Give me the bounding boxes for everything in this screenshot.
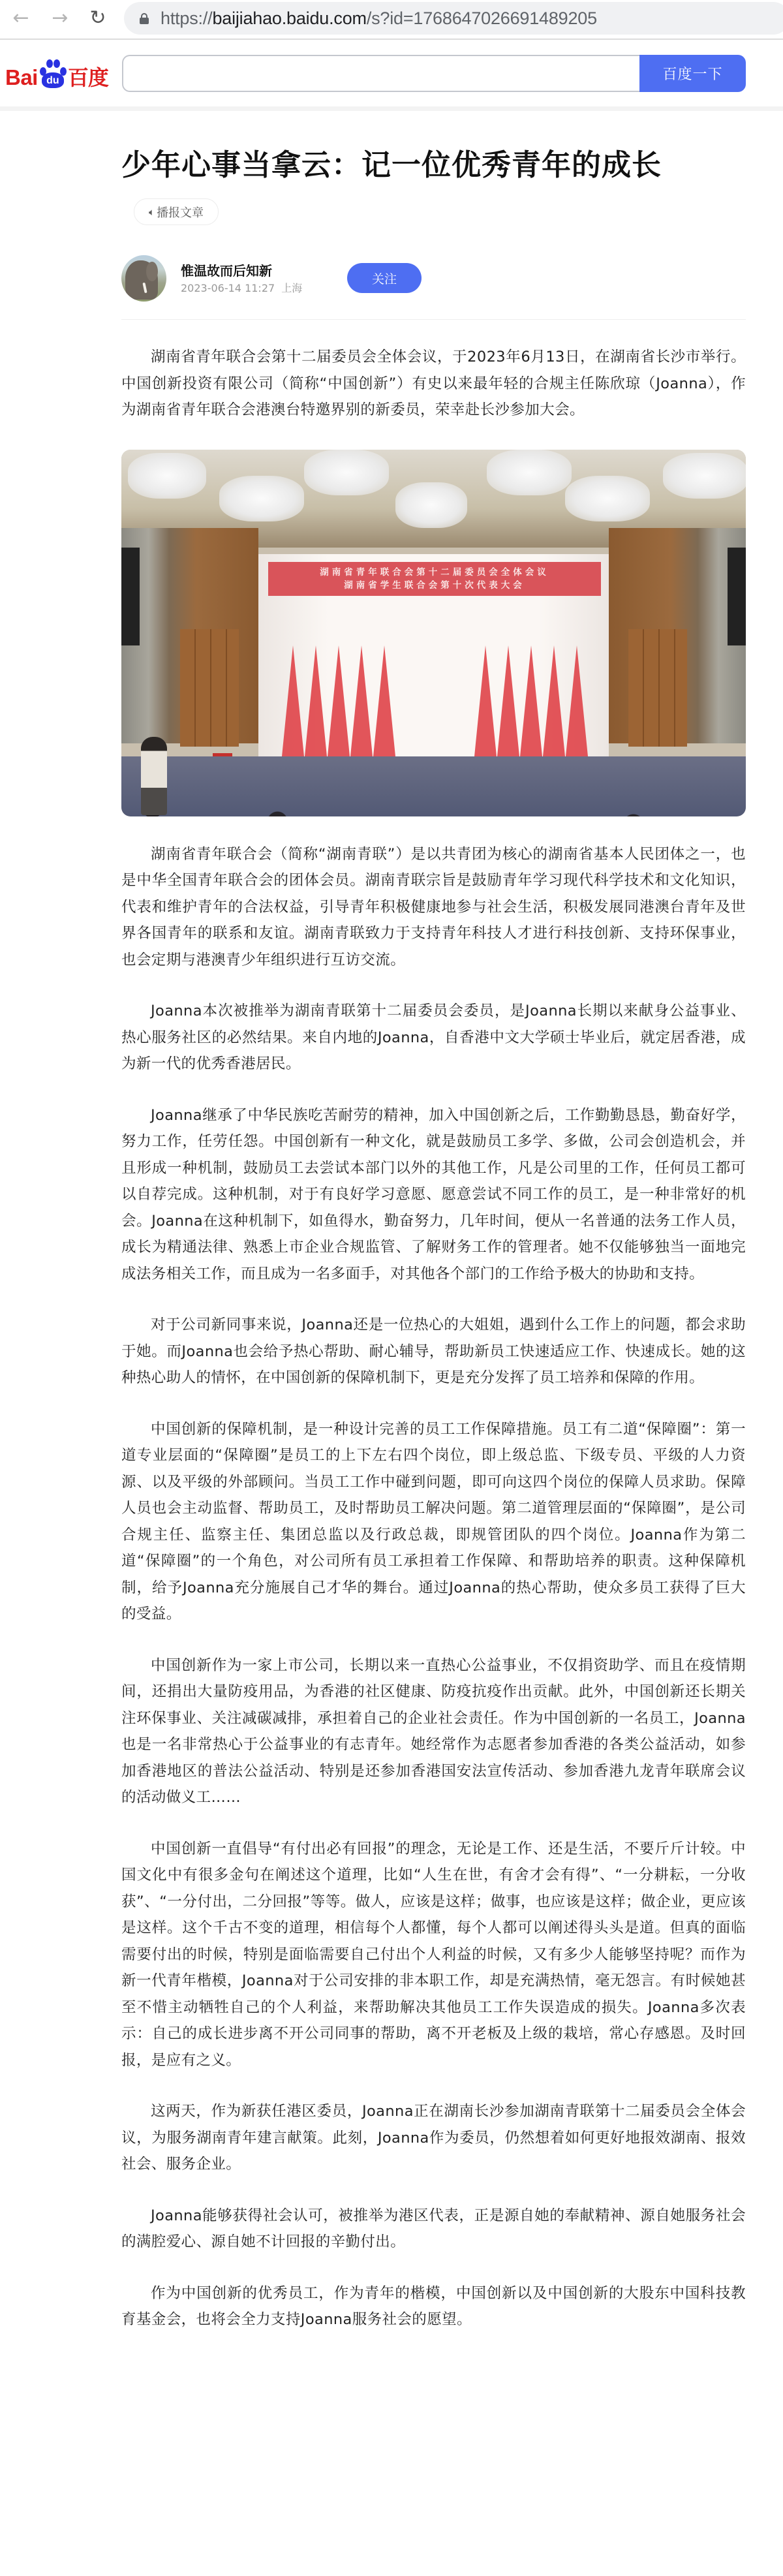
search-button[interactable]: 百度一下	[639, 55, 746, 92]
red-flag-icon	[350, 645, 373, 763]
paragraph: 对于公司新同事来说，Joanna还是一位热心的大姐姐，遇到什么工作上的问题，都会…	[121, 1312, 746, 1391]
paragraph: 中国创新一直倡导“有付出必有回报”的理念，无论是工作、还是生活，不要斤斤计较。中…	[121, 1836, 746, 2074]
logo-text-latin: Bai	[5, 67, 38, 88]
publish-location: 上海	[281, 282, 302, 294]
red-flag-icon	[542, 645, 566, 763]
speaker-box	[121, 548, 140, 645]
article-photo[interactable]: 湖南省青年联合会第十二届委员会全体会议 湖南省学生联合会第十次代表大会	[121, 450, 746, 816]
red-flag-icon	[565, 645, 589, 763]
author-name[interactable]: 惟温故而后知新	[181, 262, 272, 279]
logo-text-cn: 百度	[68, 67, 108, 88]
red-flag-icon	[497, 645, 520, 763]
paragraph: 中国创新的保障机制，是一种设计完善的员工工作保障措施。员工有二道“保障圈”：第一…	[121, 1416, 746, 1628]
chandelier-icon	[128, 453, 206, 499]
baidu-header: Bai du 百度 百度一下	[0, 41, 783, 106]
red-flag-icon	[474, 645, 497, 763]
red-flag-icon	[304, 645, 328, 763]
follow-button[interactable]: 关注	[347, 263, 422, 293]
paragraph: 作为中国创新的优秀员工，作为青年的楷模，中国创新以及中国创新的大股东中国科技教育…	[121, 2280, 746, 2333]
paragraph: Joanna本次被推举为湖南青联第十二届委员会委员，是Joanna长期以来献身公…	[121, 998, 746, 1078]
photo-door	[180, 629, 239, 747]
chandelier-icon	[219, 476, 304, 521]
cameraman	[141, 737, 167, 815]
header-divider	[0, 106, 783, 111]
paragraph: 湖南省青年联合会（简称“湖南青联”）是以共青团为核心的湖南省基本人民团体之一，也…	[121, 841, 746, 974]
author-row: 惟温故而后知新 2023-06-14 11:27上海 关注	[121, 255, 746, 302]
photo-door	[628, 629, 687, 747]
logo-paw-text: du	[46, 76, 59, 86]
red-flag-icon	[373, 645, 396, 763]
publish-date: 2023-06-14 11:27	[181, 282, 275, 294]
banner-line-2: 湖南省学生联合会第十次代表大会	[344, 579, 525, 592]
chandelier-icon	[395, 482, 467, 528]
chandelier-icon	[663, 453, 746, 499]
banner-line-1: 湖南省青年联合会第十二届委员会全体会议	[320, 566, 549, 579]
browser-toolbar: ← → ↻ https://baijiahao.baidu.com/s?id=1…	[0, 0, 783, 40]
search-input[interactable]	[122, 55, 643, 92]
author-divider	[121, 319, 746, 320]
article-title: 少年心事当拿云：记一位优秀青年的成长	[121, 145, 746, 185]
url-scheme: https://	[161, 8, 212, 28]
chandelier-icon	[487, 450, 572, 495]
chandelier-icon	[565, 476, 650, 521]
paragraph: Joanna能够获得社会认可，被推举为港区代表，正是源自她的奉献精神、源自她服务…	[121, 2203, 746, 2256]
avatar[interactable]	[121, 255, 166, 302]
publish-meta: 2023-06-14 11:27上海	[181, 281, 302, 296]
chandelier-icon	[304, 450, 389, 495]
listen-article-button[interactable]: 🔈︎ 播报文章	[134, 198, 219, 225]
red-flag-icon	[281, 645, 305, 763]
paragraph: 这两天，作为新获任港区委员，Joanna正在湖南长沙参加湖南青联第十二届委员会全…	[121, 2098, 746, 2178]
paw-icon: du	[38, 58, 67, 88]
paragraph: 湖南省青年联合会第十二届委员会全体会议，于2023年6月13日，在湖南省长沙市举…	[121, 344, 746, 424]
arrow-right-icon[interactable]: →	[47, 5, 73, 31]
reload-icon[interactable]: ↻	[85, 5, 111, 31]
url-host: baijiahao.baidu.com	[212, 8, 366, 28]
red-flag-icon	[519, 645, 543, 763]
article: 少年心事当拿云：记一位优秀青年的成长 🔈︎ 播报文章 惟温故而后知新 2023-…	[121, 111, 746, 2333]
baidu-logo[interactable]: Bai du 百度	[5, 57, 108, 88]
photo-audience	[121, 756, 746, 816]
listen-label: 播报文章	[157, 204, 204, 221]
arrow-left-icon[interactable]: ←	[8, 5, 34, 31]
url-text[interactable]: https://baijiahao.baidu.com/s?id=1768647…	[161, 8, 597, 29]
url-path: /s?id=1768647026691489205	[367, 8, 597, 28]
speaker-box	[728, 548, 746, 645]
address-bar[interactable]: https://baijiahao.baidu.com/s?id=1768647…	[124, 2, 783, 35]
red-flag-icon	[327, 645, 350, 763]
paragraph: 中国创新作为一家上市公司，长期以来一直热心公益事业，不仅捐资助学、而且在疫情期间…	[121, 1653, 746, 1811]
speaker-icon: 🔈︎	[149, 206, 155, 218]
paragraph: Joanna继承了中华民族吃苦耐劳的精神，加入中国创新之后，工作勤勤恳恳，勤奋好…	[121, 1102, 746, 1288]
photo-banner: 湖南省青年联合会第十二届委员会全体会议 湖南省学生联合会第十次代表大会	[268, 562, 601, 596]
lock-icon	[140, 13, 149, 23]
